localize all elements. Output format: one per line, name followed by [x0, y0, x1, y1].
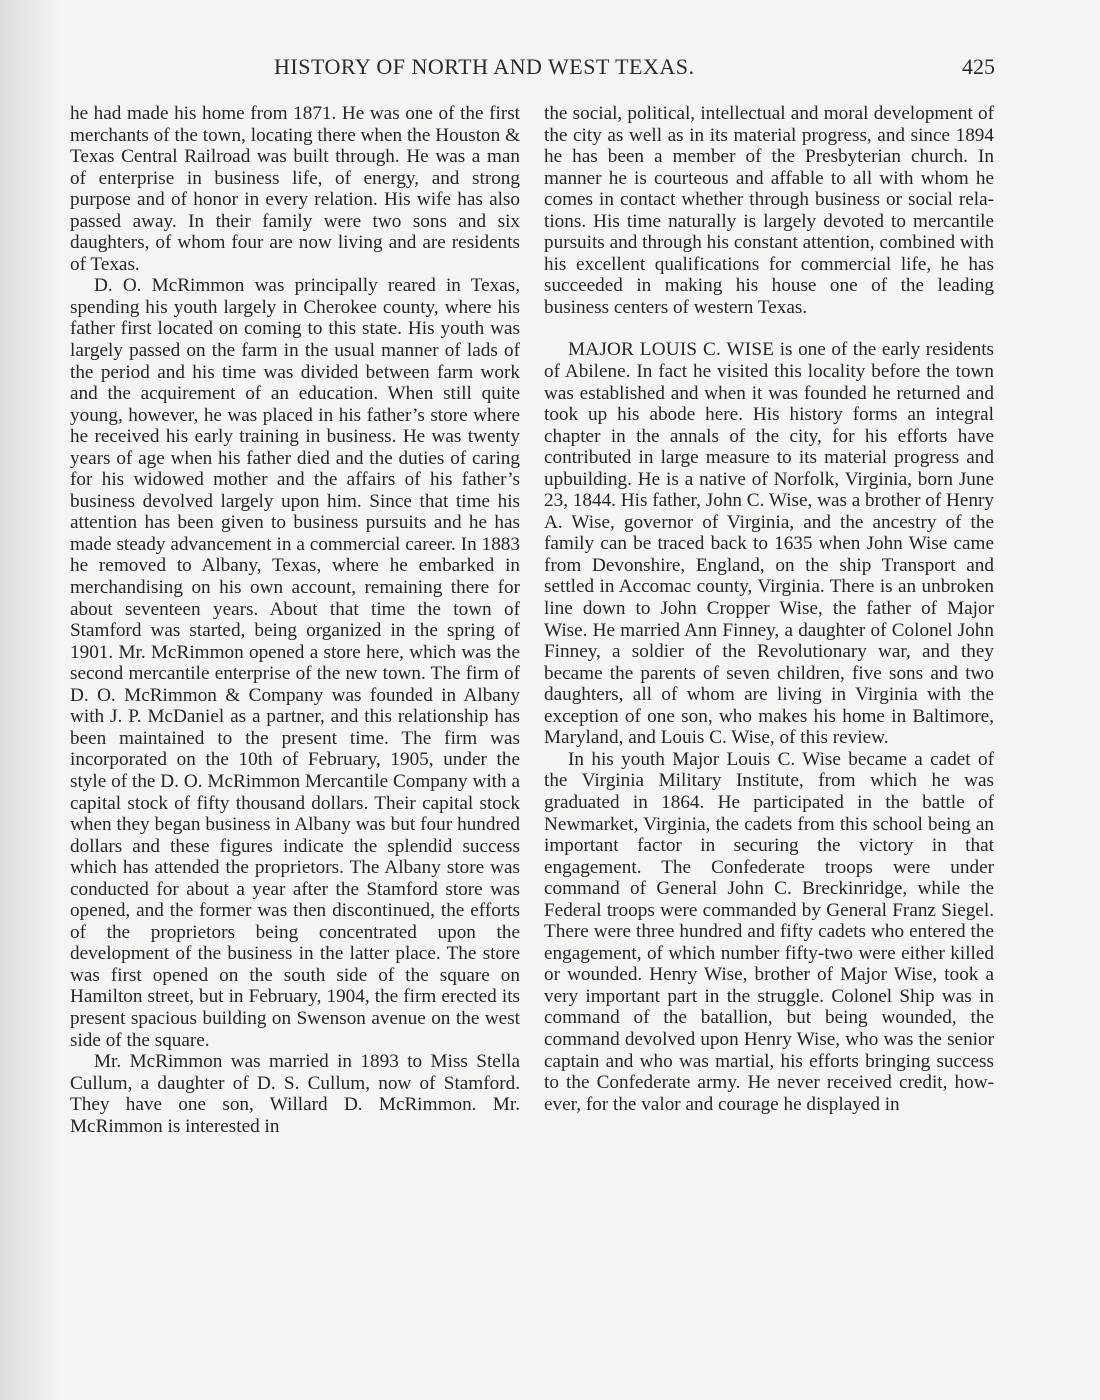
left-column: he had made his home from 1871. He was o…	[70, 103, 520, 1137]
running-head: HISTORY OF NORTH AND WEST TEXAS. 425	[0, 54, 1100, 84]
running-title: HISTORY OF NORTH AND WEST TEXAS.	[274, 54, 695, 80]
paragraph-mcrimmon-biography: D. O. McRimmon was principally reared in…	[70, 275, 520, 1051]
paragraph-continuation: he had made his home from 1871. He was o…	[70, 103, 520, 275]
right-column: the social, political, intellectual and …	[544, 103, 994, 1115]
paragraph-mcrimmon-marriage: Mr. McRimmon was married in 1893 to Miss…	[70, 1051, 520, 1137]
paragraph-wise-introduction: MAJOR LOUIS C. WISE is one of the early …	[544, 339, 994, 748]
paragraph-wise-introduction-text: is one of the early residents of Abilene…	[544, 339, 994, 748]
paragraph-wise-military: In his youth Major Louis C. Wise became …	[544, 749, 994, 1115]
paragraph-mcrimmon-conclusion: the social, political, intellectual and …	[544, 103, 994, 318]
page-number: 425	[962, 54, 995, 80]
page-edge-shadow	[0, 0, 60, 1400]
subject-name: MAJOR LOUIS C. WISE	[568, 339, 774, 360]
